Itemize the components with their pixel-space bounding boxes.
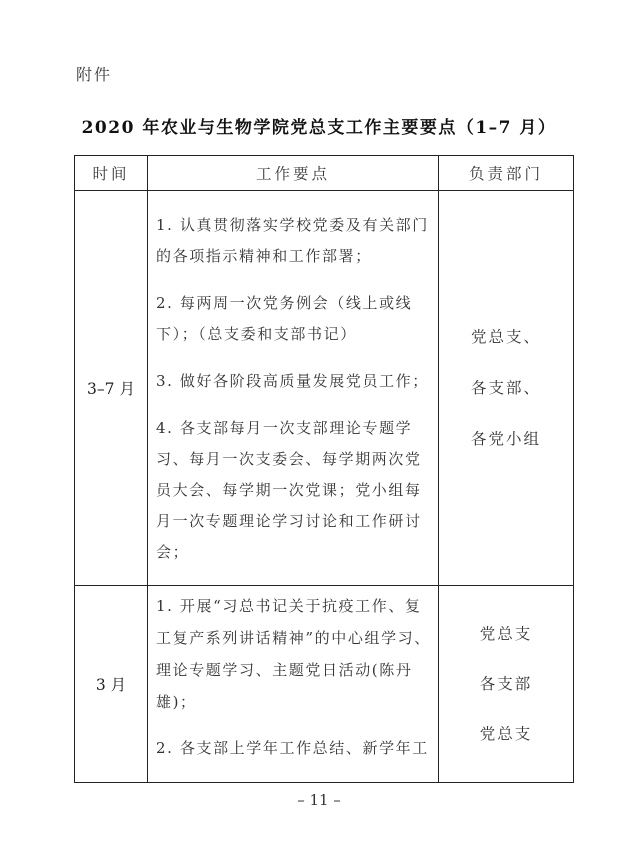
header-work-points: 工作要点 (148, 156, 439, 191)
work-item: 1. 开展“习总书记关于抗疫工作、复工复产系列讲话精神”的中心组学习、理论专题学… (156, 590, 434, 718)
table-header-row: 时间 工作要点 负责部门 (75, 156, 574, 191)
table-row: 3–7 月 1. 认真贯彻落实学校党委及有关部门的各项指示精神和工作部署； 2.… (75, 191, 574, 586)
work-item: 2. 各支部上学年工作总结、新学年工 (156, 732, 434, 764)
work-item: 4. 各支部每月一次支部理论专题学习、每月一次支委会、每学期两次党员大会、每学期… (156, 413, 434, 568)
header-department: 负责部门 (439, 156, 574, 191)
department-cell: 党总支、 各支部、 各党小组 (439, 191, 574, 586)
department-item: 各支部 (439, 659, 573, 709)
department-cell: 党总支 各支部 党总支 (439, 586, 574, 783)
department-item: 党总支 (439, 709, 573, 759)
work-item: 3. 做好各阶段高质量发展党员工作； (156, 366, 434, 397)
time-cell: 3 月 (75, 586, 148, 783)
work-item: 1. 认真贯彻落实学校党委及有关部门的各项指示精神和工作部署； (156, 210, 434, 272)
table-row: 3 月 1. 开展“习总书记关于抗疫工作、复工复产系列讲话精神”的中心组学习、理… (75, 586, 574, 783)
department-item: 各党小组 (439, 414, 573, 465)
work-points-cell: 1. 开展“习总书记关于抗疫工作、复工复产系列讲话精神”的中心组学习、理论专题学… (148, 586, 439, 783)
document-title: 2020 年农业与生物学院党总支工作主要要点（1–7 月） (0, 113, 638, 138)
header-time: 时间 (75, 156, 148, 191)
time-cell: 3–7 月 (75, 191, 148, 586)
work-plan-table: 时间 工作要点 负责部门 3–7 月 1. 认真贯彻落实学校党委及有关部门的各项… (74, 155, 574, 783)
department-item: 党总支、 (439, 312, 573, 363)
work-item: 2. 每两周一次党务例会（线上或线下）；（总支委和支部书记） (156, 288, 434, 350)
page-number: – 11 – (0, 791, 638, 809)
department-item: 党总支 (439, 609, 573, 659)
work-points-cell: 1. 认真贯彻落实学校党委及有关部门的各项指示精神和工作部署； 2. 每两周一次… (148, 191, 439, 586)
attachment-label: 附件 (76, 62, 112, 85)
department-item: 各支部、 (439, 363, 573, 414)
